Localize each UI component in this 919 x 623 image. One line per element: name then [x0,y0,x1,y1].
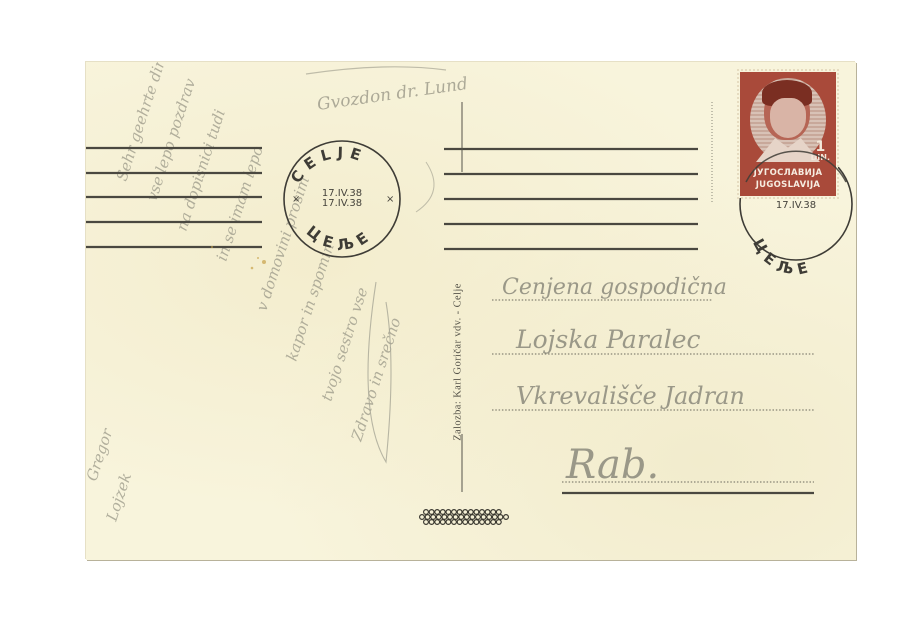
stamp-value: 1 DIN. [811,140,830,162]
svg-text:Rab.: Rab. [565,442,659,488]
publisher-logo [420,510,509,525]
svg-text:17.IV.38: 17.IV.38 [322,198,362,209]
svg-text:Lojska Paralec: Lojska Paralec [515,325,701,354]
svg-text:Vkrevališče Jadran: Vkrevališče Jadran [516,382,745,410]
postage-stamp: 1 DIN. ЈУГОСЛАВИЈА JUGOSLAVIJA [740,72,836,196]
portrait [770,98,806,138]
handwritten-message: Sehr geehrte dir vse lepo pozdrav na dop… [86,62,405,524]
postcard: Sehr geehrte dir vse lepo pozdrav na dop… [86,62,856,560]
svg-text:Lojzek: Lojzek [102,471,135,525]
cancellation-lines-center [444,149,698,249]
stamp-country-cyrillic: ЈУГОСЛАВИЈА [740,168,836,178]
svg-text:in se imam lepo: in se imam lepo [213,144,267,264]
svg-text:kapor in spomin: kapor in spomin [283,241,338,363]
publisher-imprint: Zalozba: Karl Goričar vdv. - Celje [453,283,464,441]
signature: Gvozdon dr. Lund [316,74,469,115]
handwritten-address: Cenjena gospodična Lojska Paralec Vkreva… [502,275,745,488]
svg-text:Cenjena gospodična: Cenjena gospodična [502,275,727,300]
svg-text:×: × [292,194,300,205]
svg-text:Gregor: Gregor [86,426,117,484]
svg-text:ЦЕЉЕ: ЦЕЉЕ [749,236,815,280]
stamp-country-latin: JUGOSLAVIJA [740,180,836,190]
svg-text:CELJE: CELJE [287,144,369,187]
svg-text:×: × [386,194,394,205]
svg-text:tvojo sestro vse: tvojo sestro vse [318,285,372,403]
